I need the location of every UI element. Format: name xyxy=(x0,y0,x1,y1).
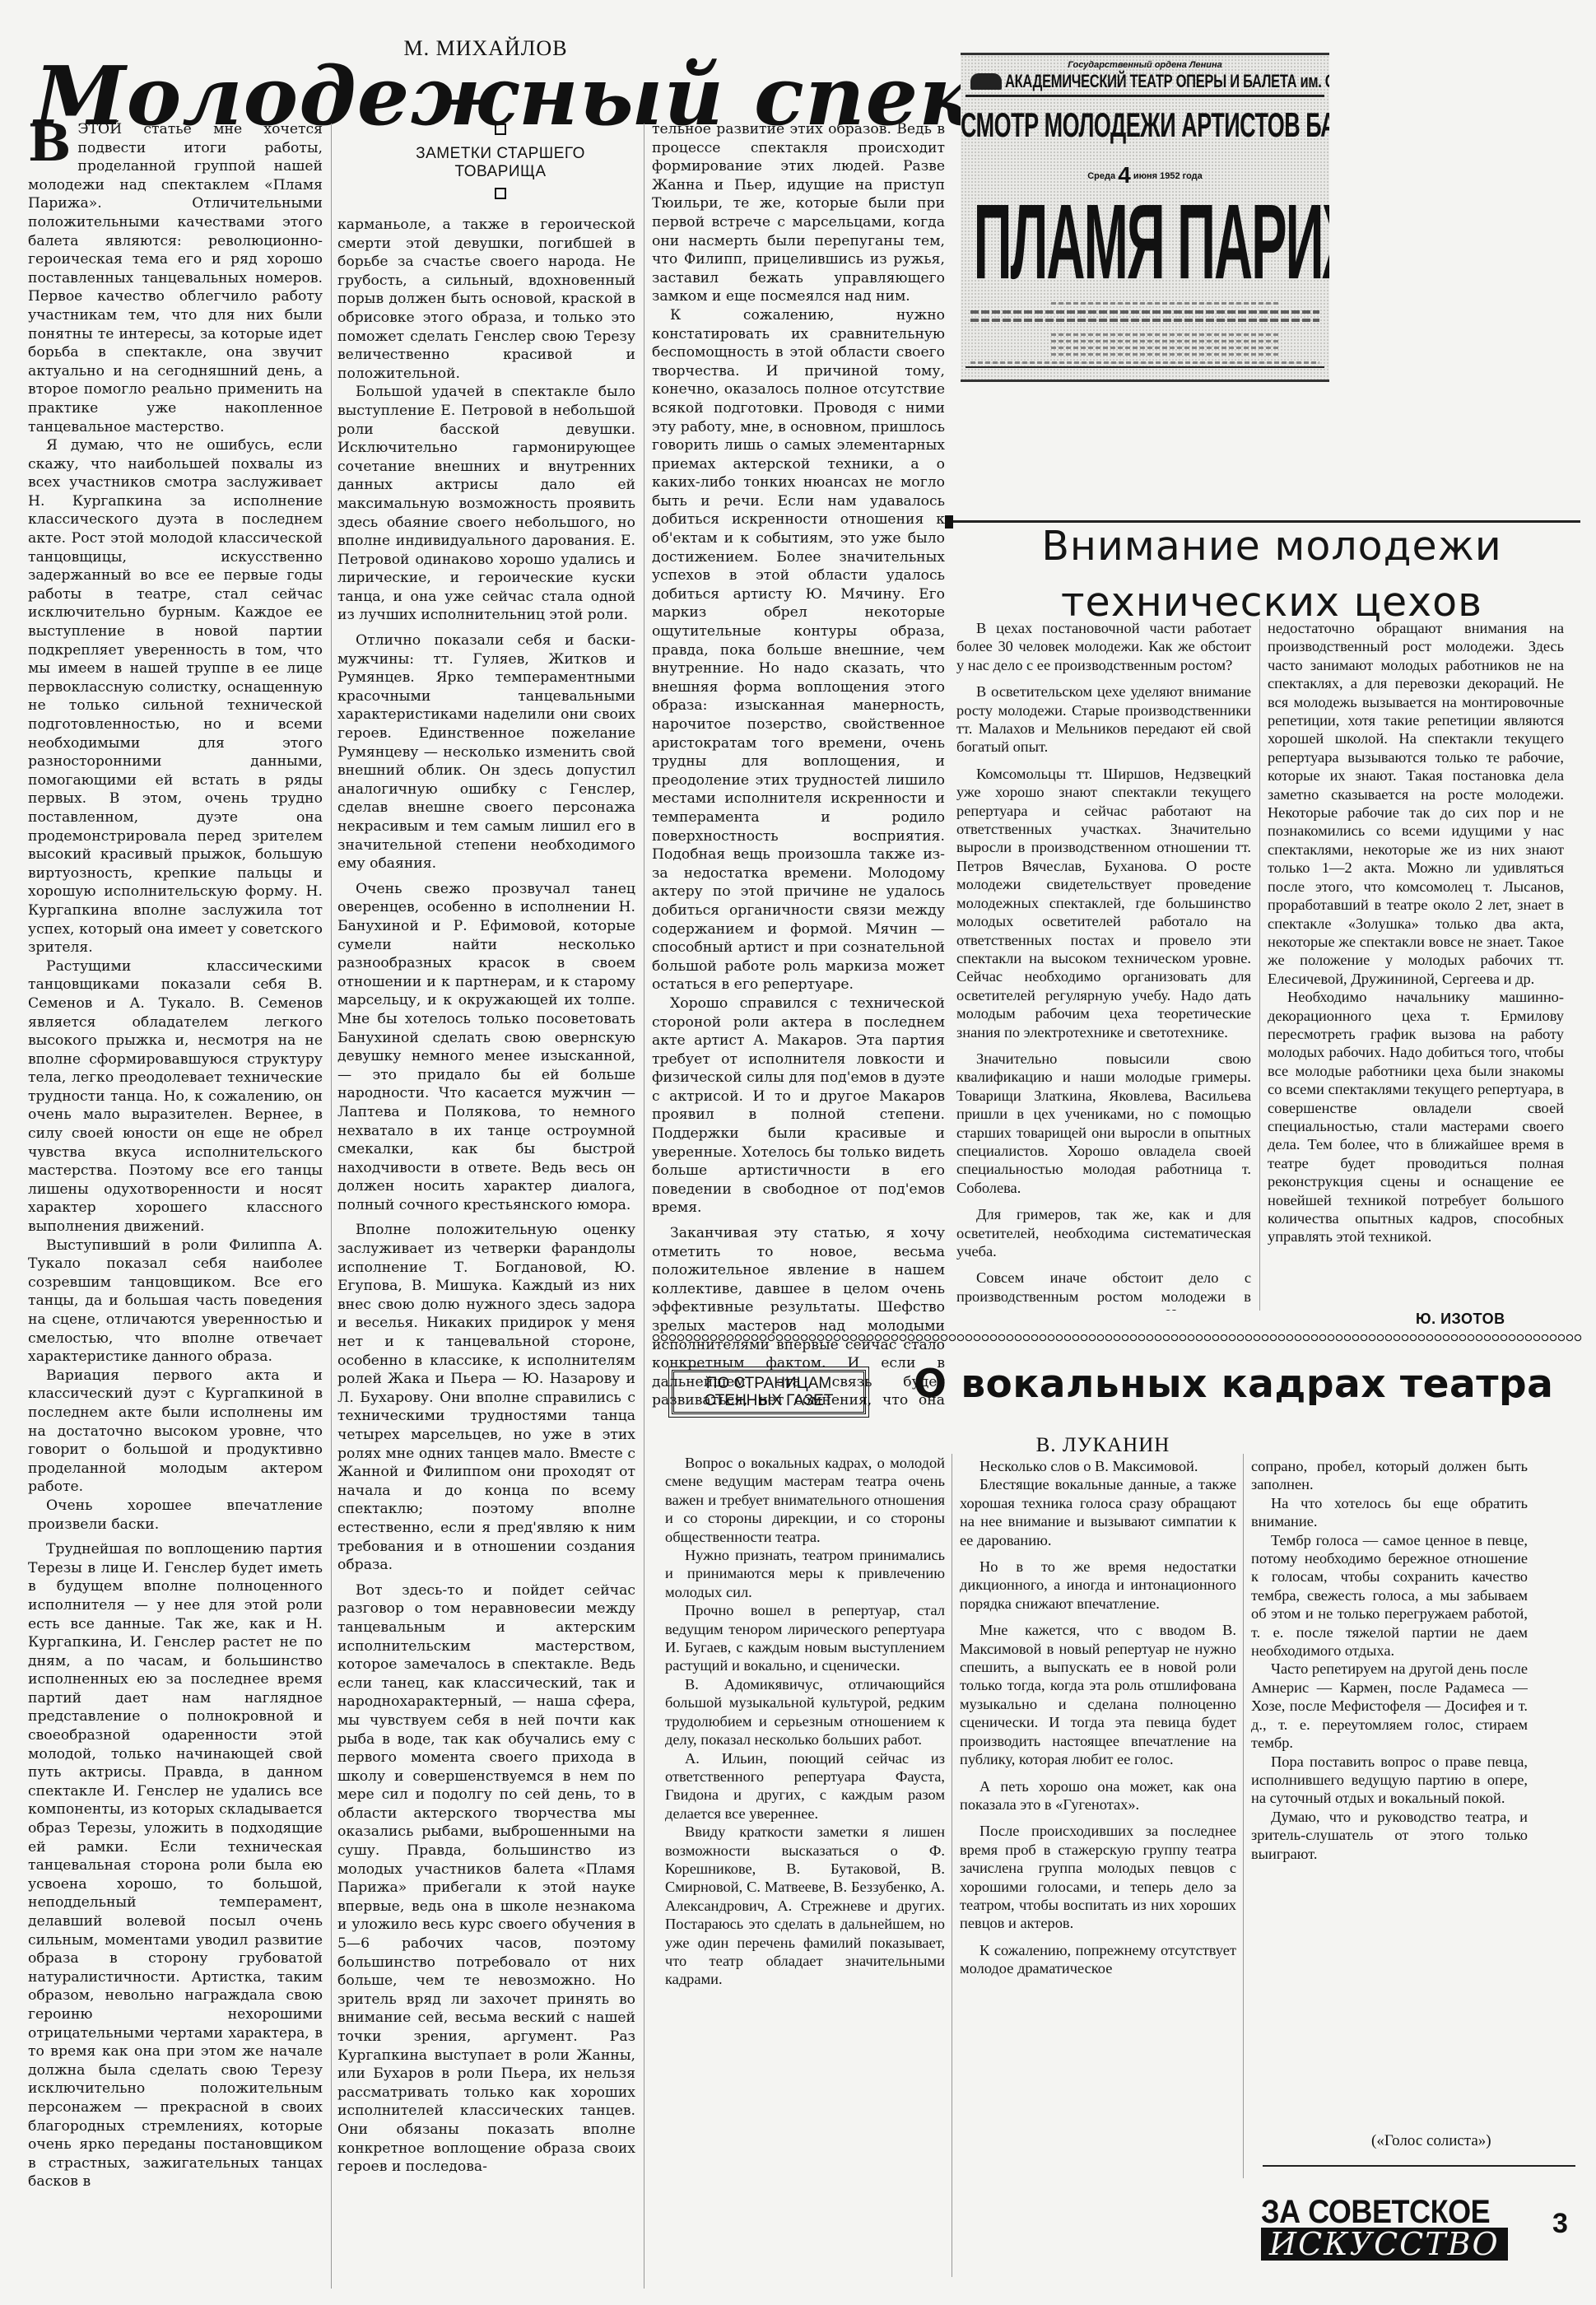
tech-article-column-2: недостаточно обращают внимания на произв… xyxy=(1268,619,1564,1327)
tech-article-signature: Ю. ИЗОТОВ xyxy=(1416,1311,1505,1328)
paragraph: Прочно вошел в репертуар, стал ведущим т… xyxy=(665,1601,945,1675)
paragraph: Очень хорошее впечатление произвели баск… xyxy=(28,1497,323,1534)
paragraph: Труднейшая по воплощению партия Терезы в… xyxy=(28,1540,323,2191)
paragraph: Комсомольцы тт. Ширшов, Недзвецкий уже х… xyxy=(956,765,1251,1041)
paragraph: Вопрос о вокальных кадрах, о молодой сме… xyxy=(665,1454,945,1546)
paragraph: К сожалению, нужно констатировать их сра… xyxy=(652,306,945,994)
paragraph: Я думаю, что не ошибусь, если скажу, что… xyxy=(28,436,323,957)
poster-fineprint xyxy=(970,361,1319,364)
rubric-line-2: СТЕННЫХ ГАЗЕТ xyxy=(679,1392,858,1409)
paragraph: Вариация первого акта и классический дуэ… xyxy=(28,1367,323,1497)
subtitle-line-1: ЗАМЕТКИ СТАРШЕГО xyxy=(336,145,665,163)
dotted-separator xyxy=(652,1334,1582,1342)
square-bullet-icon xyxy=(945,515,953,529)
paragraph: В цехах постановочной части работает бол… xyxy=(956,619,1251,674)
paragraph: Но в то же время недостатки дикционного,… xyxy=(960,1558,1236,1613)
paragraph: Вот здесь-то и пойдет сейчас разговор о … xyxy=(337,1581,635,2177)
subtitle-block: ЗАМЕТКИ СТАРШЕГО ТОВАРИЩА xyxy=(336,123,665,199)
paragraph: Несколько слов о В. Максимовой. xyxy=(960,1457,1236,1475)
main-article-column-1: В ЭТОЙ статье мне хочется подвести итоги… xyxy=(28,120,323,2293)
poster-rule xyxy=(966,366,1324,368)
vocal-article-column-1: Вопрос о вокальных кадрах, о молодой сме… xyxy=(665,1454,945,2112)
paragraph: В. Адомикявичус, отличающийся большой му… xyxy=(665,1675,945,1749)
paragraph: В осветительском цехе уделяют внимание р… xyxy=(956,682,1251,757)
paragraph: А. Ильин, поющий сейчас из ответственног… xyxy=(665,1749,945,1823)
paragraph: Выступивший в роли Филиппа А. Тукало пок… xyxy=(28,1236,323,1367)
masthead-line-1: ЗА СОВЕТСКОЕ xyxy=(1261,2196,1490,2228)
column-divider xyxy=(331,123,332,2289)
poster-fineprint xyxy=(1051,333,1280,336)
ballet-poster-image: Государственный ордена Ленина АКАДЕМИЧЕС… xyxy=(961,53,1329,382)
paragraph: ЭТОЙ статье мне хочется подвести итоги р… xyxy=(28,120,323,436)
poster-fineprint xyxy=(1051,340,1280,342)
section-rule xyxy=(1263,2165,1575,2167)
paragraph: Большой удачей в спектакле было выступле… xyxy=(337,383,635,625)
vocal-article-headline: О вокальных кадрах театра xyxy=(914,1362,1553,1407)
paragraph: Вполне положительную оценку заслуживает … xyxy=(337,1221,635,1574)
rubric-box: ПО СТРАНИЦАМ СТЕННЫХ ГАЗЕТ xyxy=(672,1370,866,1414)
paragraph: карманьоле, а также в героической смерти… xyxy=(337,216,635,383)
vocal-author-byline: В. ЛУКАНИН xyxy=(1004,1434,1202,1457)
paragraph: Растущими классическими танцовщиками пок… xyxy=(28,957,323,1236)
column-divider xyxy=(1259,619,1260,1311)
paragraph: тельное развитие этих образов. Ведь в пр… xyxy=(652,120,945,306)
source-attribution: («Голос солиста») xyxy=(1371,2132,1491,2150)
poster-title: ПЛАМЯ ПАРИЖА xyxy=(974,189,1317,296)
paragraph: Необходимо начальнику машинно-декорацион… xyxy=(1268,988,1564,1246)
square-ornament-icon xyxy=(495,188,506,199)
column-divider xyxy=(952,1454,952,2277)
vocal-article-column-2: Несколько слов о В. Максимовой. Блестящи… xyxy=(960,1457,1236,2280)
paragraph: Часто репетируем на другой день после Ам… xyxy=(1251,1660,1528,1752)
poster-rule xyxy=(966,95,1324,97)
paragraph: Мне кажется, что с вводом В. Максимовой … xyxy=(960,1621,1236,1768)
poster-event: СМОТР МОЛОДЕЖИ АРТИСТОВ БАЛЕТА xyxy=(961,106,1329,146)
square-ornament-icon xyxy=(495,123,506,135)
vocal-article-column-3: сопрано, пробел, который должен быть зап… xyxy=(1251,1457,1528,2132)
poster-fineprint xyxy=(1051,302,1280,305)
poster-date-month-year: июня 1952 года xyxy=(1133,171,1203,181)
paragraph: Для гримеров, так же, как и для осветите… xyxy=(956,1205,1251,1260)
poster-fineprint xyxy=(1051,353,1280,356)
paragraph: недостаточно обращают внимания на произв… xyxy=(1268,619,1564,988)
theatre-logo-icon xyxy=(970,73,1002,90)
page-number: 3 xyxy=(1552,2208,1568,2240)
paragraph: сопрано, пробел, который должен быть зап… xyxy=(1251,1457,1528,1494)
paragraph: Хорошо справился с технической стороной … xyxy=(652,994,945,1218)
column-divider xyxy=(1243,1454,1244,2178)
rubric-line-1: ПО СТРАНИЦАМ xyxy=(679,1375,858,1392)
masthead-line-2: ИСКУССТВО xyxy=(1261,2228,1508,2261)
paragraph: Очень свежо прозвучал танец оверенцев, о… xyxy=(337,880,635,1215)
paragraph: Совсем иначе обстоит дело с производстве… xyxy=(956,1269,1251,1311)
poster-fineprint xyxy=(970,310,1319,314)
main-article-column-2: карманьоле, а также в героической смерти… xyxy=(337,216,635,2290)
drop-cap: В xyxy=(28,122,71,165)
paragraph: К сожалению, попрежнему отсутствует моло… xyxy=(960,1941,1236,1978)
newspaper-masthead: ЗА СОВЕТСКОЕ ИСКУССТВО xyxy=(1261,2196,1515,2261)
subtitle-line-2: ТОВАРИЩА xyxy=(336,163,665,181)
column-divider xyxy=(644,123,644,2289)
paragraph: А петь хорошо она может, как она показал… xyxy=(960,1777,1236,1814)
tech-headline-line-1: Внимание молодежи xyxy=(963,519,1580,575)
tech-article-headline: Внимание молодежи технических цехов xyxy=(963,519,1580,631)
poster-theatre-name: АКАДЕМИЧЕСКИЙ ТЕАТР ОПЕРЫ И БАЛЕТА им. С… xyxy=(1005,72,1324,93)
poster-fineprint xyxy=(970,319,1319,322)
tech-article-column-1: В цехах постановочной части работает бол… xyxy=(956,619,1251,1311)
poster-date-weekday: Среда xyxy=(1087,171,1115,181)
poster-fineprint xyxy=(1051,347,1280,349)
paragraph: Значительно повысили свою квалификацию и… xyxy=(956,1050,1251,1197)
paragraph: Думаю, что и руководство театра, и зрите… xyxy=(1251,1808,1528,1863)
paragraph: Ввиду краткости заметки я лишен возможно… xyxy=(665,1823,945,1989)
paragraph: Тембр голоса — самое ценное в певце, пот… xyxy=(1251,1531,1528,1660)
paragraph: Отлично показали себя и баски-мужчины: т… xyxy=(337,631,635,873)
main-article-column-3: тельное развитие этих образов. Ведь в пр… xyxy=(652,120,945,1413)
paragraph: Нужно признать, театром принимались и пр… xyxy=(665,1546,945,1601)
paragraph: После происходивших за последнее время п… xyxy=(960,1822,1236,1932)
paragraph: Пора поставить вопрос о праве певца, исп… xyxy=(1251,1753,1528,1808)
poster-kicker: Государственный ордена Ленина xyxy=(961,60,1329,70)
paragraph: На что хотелось бы еще обратить внимание… xyxy=(1251,1494,1528,1531)
paragraph: Блестящие вокальные данные, а также хоро… xyxy=(960,1475,1236,1549)
